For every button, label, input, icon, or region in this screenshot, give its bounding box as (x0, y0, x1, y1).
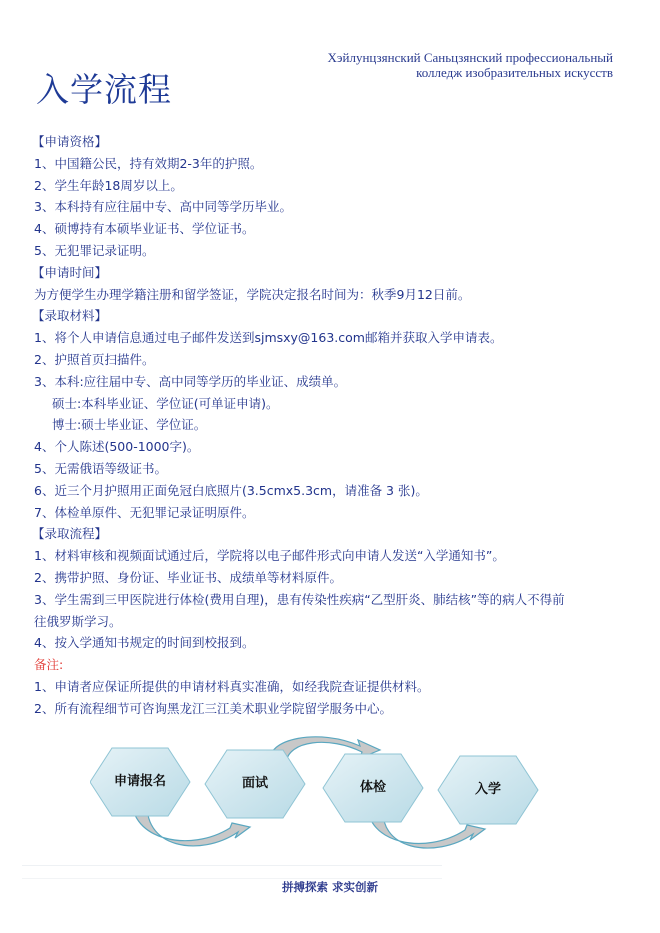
section-heading-eligibility: 【申请资格】 (32, 131, 634, 153)
materials-item: 6、近三个月护照用正面免冠白底照片(3.5cmx5.3cm，请准备 3 张)。 (34, 480, 634, 502)
eligibility-item: 5、无犯罪记录证明。 (34, 240, 634, 262)
materials-item: 7、体检单原件、无犯罪记录证明原件。 (34, 502, 634, 524)
institution-name-ru: Хэйлунцзянский Саньцзянский профессионал… (328, 50, 613, 80)
notes-item: 1、申请者应保证所提供的申请材料真实准确，如经我院查证提供材料。 (34, 676, 634, 698)
admission-flow-diagram: 申请报名 面试 体检 入学 (90, 728, 580, 858)
flow-step-label: 入学 (443, 782, 533, 798)
flow-step-label: 体检 (328, 780, 418, 796)
institution-name-line1: Хэйлунцзянский Саньцзянский профессионал… (328, 50, 613, 65)
page: Хэйлунцзянский Саньцзянский профессионал… (0, 0, 660, 933)
eligibility-item: 4、硕博持有本硕毕业证书、学位证书。 (34, 218, 634, 240)
eligibility-item: 2、学生年龄18周岁以上。 (34, 175, 634, 197)
materials-item: 3、本科:应往届中专、高中同等学历的毕业证、成绩单。 (34, 371, 634, 393)
materials-item: 5、无需俄语等级证书。 (34, 458, 634, 480)
process-item: 4、按入学通知书规定的时间到校报到。 (34, 632, 634, 654)
eligibility-item: 3、本科持有应往届中专、高中同等学历毕业。 (34, 196, 634, 218)
application-time-text: 为方便学生办理学籍注册和留学签证，学院决定报名时间为：秋季9月12日前。 (34, 284, 634, 306)
section-heading-time: 【申请时间】 (32, 262, 634, 284)
notes-heading: 备注: (34, 654, 634, 676)
flow-step-label: 面试 (210, 776, 300, 792)
section-heading-materials: 【录取材料】 (32, 305, 634, 327)
materials-item: 4、个人陈述(500-1000字)。 (34, 436, 634, 458)
process-item: 3、学生需到三甲医院进行体检(费用自理)，患有传染性疾病“乙型肝炎、肺结核”等的… (34, 589, 634, 611)
materials-item: 1、将个人申请信息通过电子邮件发送到sjmsxy@163.com邮箱并获取入学申… (34, 327, 634, 349)
process-item-continued: 往俄罗斯学习。 (34, 611, 634, 633)
flow-step-label: 申请报名 (95, 774, 185, 790)
materials-subitem: 硕士:本科毕业证、学位证(可单证申请)。 (34, 393, 634, 415)
materials-subitem: 博士:硕士毕业证、学位证。 (34, 414, 634, 436)
footer-decoration (22, 865, 442, 879)
process-item: 2、携带护照、身份证、毕业证书、成绩单等材料原件。 (34, 567, 634, 589)
materials-item: 2、护照首页扫描件。 (34, 349, 634, 371)
content: 【申请资格】 1、中国籍公民，持有效期2-3年的护照。 2、学生年龄18周岁以上… (34, 131, 634, 720)
footer-slogan: 拼搏探索 求实创新 (0, 879, 660, 895)
institution-name-line2: колледж изобразительных искусств (328, 65, 613, 80)
eligibility-item: 1、中国籍公民，持有效期2-3年的护照。 (34, 153, 634, 175)
process-item: 1、材料审核和视频面试通过后，学院将以电子邮件形式向申请人发送“入学通知书”。 (34, 545, 634, 567)
section-heading-process: 【录取流程】 (32, 523, 634, 545)
notes-item: 2、所有流程细节可咨询黑龙江三江美术职业学院留学服务中心。 (34, 698, 634, 720)
page-title: 入学流程 (36, 70, 172, 110)
